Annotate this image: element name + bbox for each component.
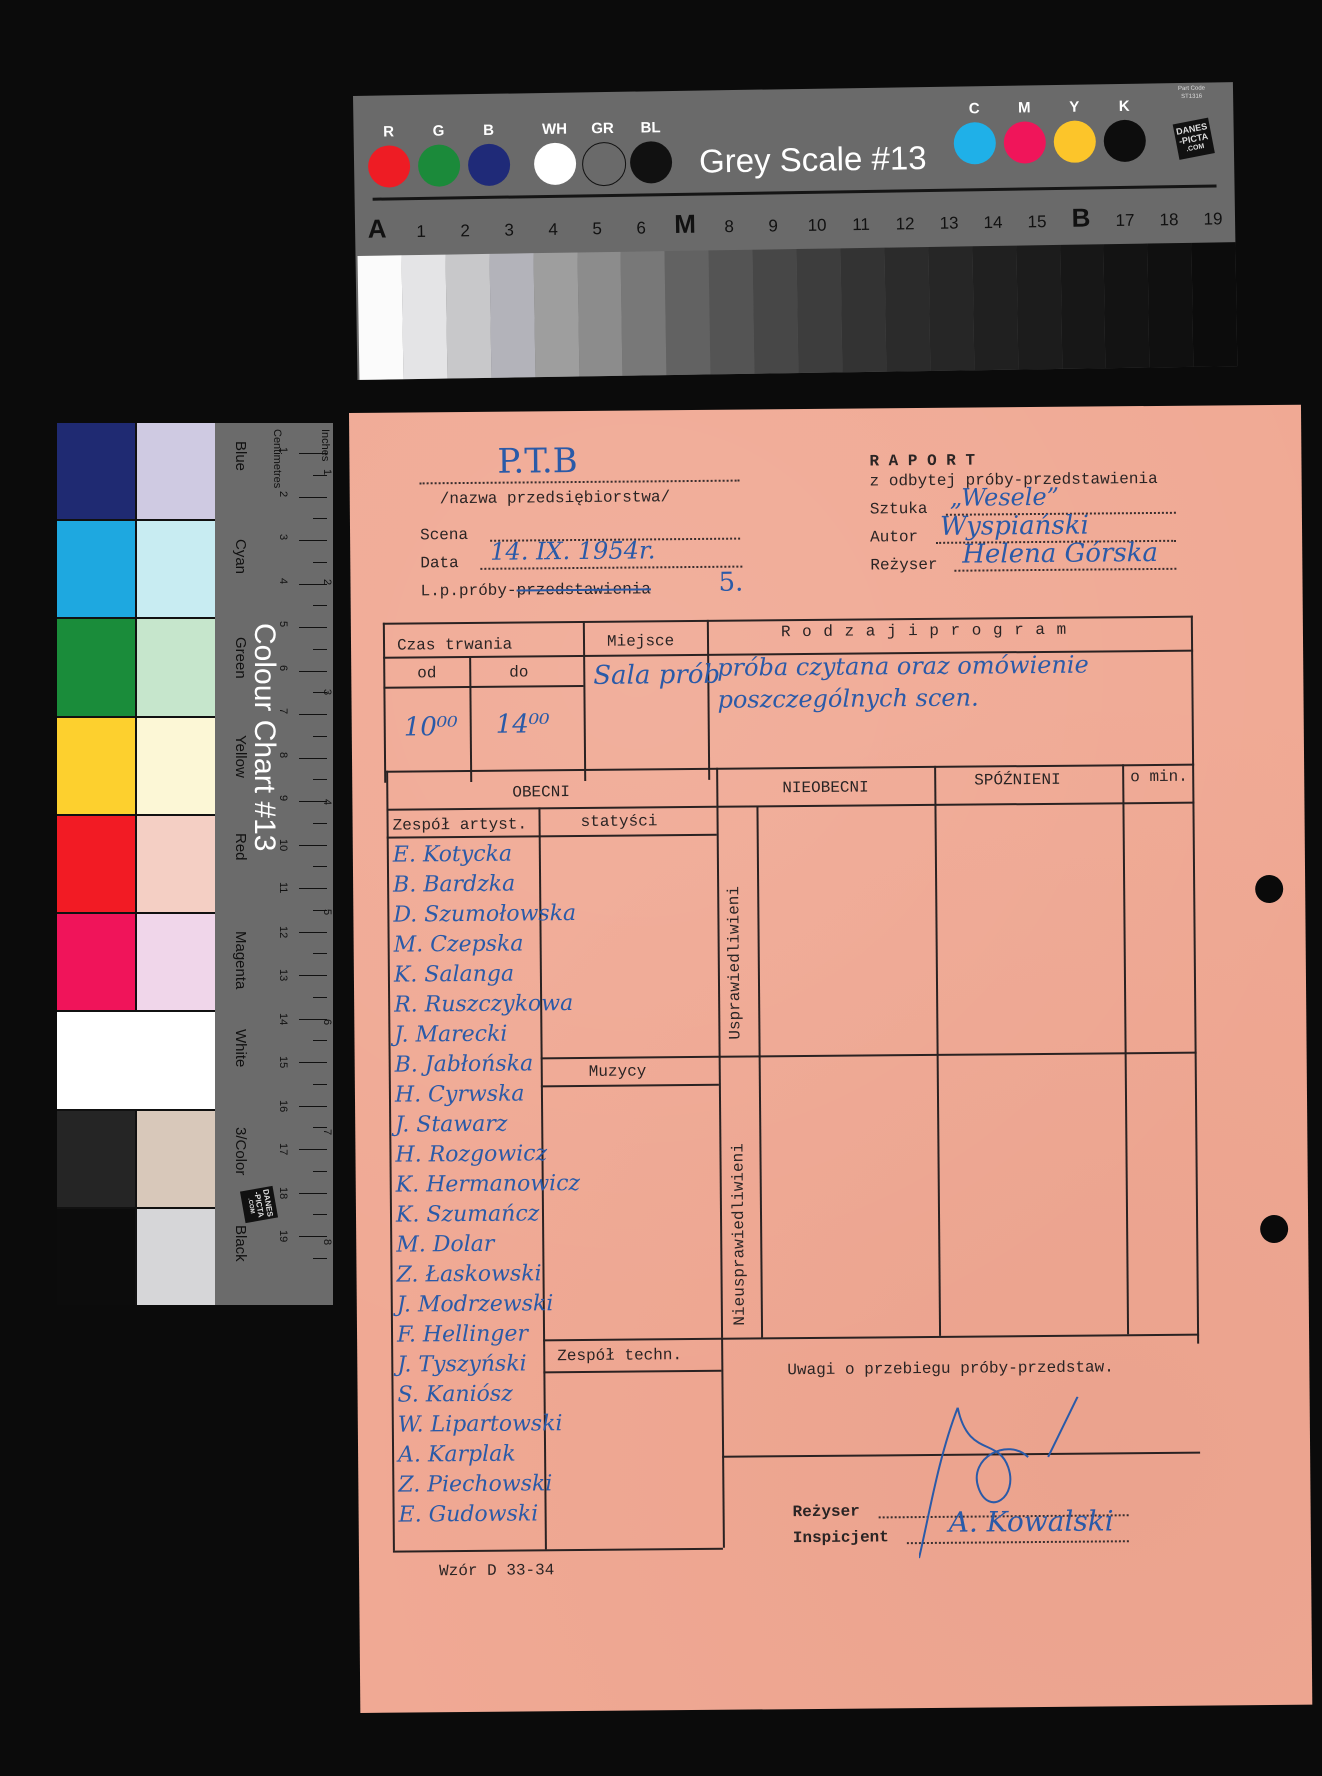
ruler-tick bbox=[313, 605, 327, 606]
rehearsal-no-label: L.p.próby-przedstawienia bbox=[420, 580, 651, 600]
rule bbox=[469, 656, 472, 782]
ruler-tick bbox=[299, 627, 327, 628]
swatch-black bbox=[57, 1209, 135, 1305]
swatch-light-magenta bbox=[137, 914, 215, 1010]
artist-name: M. Czepska bbox=[394, 931, 524, 957]
artist-name: E. Gudowski bbox=[399, 1501, 539, 1527]
step-label: 15 bbox=[1022, 212, 1052, 232]
cm-label: 8 bbox=[277, 752, 289, 758]
grey-steps bbox=[358, 242, 1238, 380]
grey-step bbox=[358, 255, 404, 380]
color-dot-label: BL bbox=[630, 119, 670, 137]
grey-step bbox=[445, 254, 491, 379]
grey-step bbox=[1016, 245, 1062, 370]
color-dot-b bbox=[468, 144, 511, 187]
artist-name: S. Kaniósz bbox=[397, 1382, 512, 1408]
artist-name: H. Cyrwska bbox=[395, 1081, 525, 1107]
rehearsal-report-form: P.T.B /nazwa przedsiębiorstwa/ Scena Dat… bbox=[349, 405, 1312, 1713]
patch-label: Magenta bbox=[219, 931, 249, 989]
author-value: Wyspiański bbox=[940, 511, 1089, 542]
play-label: Sztuka bbox=[870, 500, 928, 519]
inch-label: 8 bbox=[317, 1239, 333, 1245]
patch-label: Blue bbox=[219, 441, 249, 471]
ruler-tick bbox=[299, 671, 327, 672]
rule bbox=[1122, 764, 1129, 1334]
grey-step bbox=[928, 246, 974, 371]
stage-manager-label: Inspicjent bbox=[793, 1528, 889, 1547]
step-label: 11 bbox=[846, 215, 876, 235]
rule bbox=[707, 620, 710, 780]
step-label: 19 bbox=[1198, 209, 1228, 229]
grey-step bbox=[840, 248, 886, 373]
rule bbox=[541, 1056, 719, 1060]
step-label: 12 bbox=[890, 214, 920, 234]
cm-label: 11 bbox=[277, 882, 289, 893]
artist-name: J. Marecki bbox=[394, 1022, 507, 1048]
cm-label: 7 bbox=[277, 708, 289, 714]
ruler-tick bbox=[299, 1062, 327, 1063]
ruler-tick bbox=[313, 1171, 327, 1172]
cm-label: 18 bbox=[277, 1187, 289, 1199]
grey-step bbox=[1148, 243, 1194, 368]
grey-step bbox=[401, 255, 447, 380]
color-dot-bl bbox=[630, 141, 673, 184]
danes-picta-logo: DANES-PICTA.COM bbox=[1173, 118, 1215, 160]
cm-label: 19 bbox=[277, 1230, 289, 1242]
inch-label: 7 bbox=[317, 1129, 333, 1135]
grey-step bbox=[665, 250, 711, 375]
company-dots bbox=[420, 480, 740, 485]
swatch-light-red bbox=[137, 816, 215, 912]
step-label: 8 bbox=[714, 217, 744, 237]
ruler-tick bbox=[299, 1149, 327, 1150]
swatch-white bbox=[57, 1012, 215, 1108]
musicians-header: Muzycy bbox=[589, 1062, 647, 1081]
artist-name: M. Dolar bbox=[396, 1232, 494, 1258]
inch-label: 2 bbox=[317, 579, 333, 585]
patch-label: Cyan bbox=[219, 539, 249, 574]
ruler: Colour Chart #13 Centimetres Inches DANE… bbox=[215, 423, 333, 1305]
rule bbox=[756, 805, 763, 1337]
company-value: P.T.B bbox=[497, 441, 578, 482]
date-value: 14. IX. 1954r. bbox=[490, 536, 655, 565]
ruler-tick bbox=[299, 932, 327, 933]
program-header: R o d z a j i p r o g r a m bbox=[781, 621, 1067, 641]
color-dot-g bbox=[418, 144, 461, 187]
artist-name: Z. Łaskowski bbox=[396, 1261, 541, 1287]
duration-header: Czas trwania bbox=[397, 636, 512, 655]
author-label: Autor bbox=[870, 528, 918, 546]
color-dot-label: WH bbox=[534, 121, 574, 139]
swatch-light-cyan bbox=[137, 521, 215, 617]
color-dot-m bbox=[1003, 121, 1046, 164]
color-dot-label: R bbox=[368, 123, 408, 141]
swatch-light-black bbox=[137, 1209, 215, 1305]
rule bbox=[1191, 616, 1194, 766]
grey-scale-title: Grey Scale #13 bbox=[699, 139, 927, 181]
unexcused-label: Nieusprawiedliwieni bbox=[729, 1086, 749, 1326]
to-value: 14⁰⁰ bbox=[496, 709, 550, 739]
cm-label: 6 bbox=[277, 665, 289, 671]
inch-label: 5 bbox=[317, 909, 333, 915]
danes-picta-logo: DANES-PICTA.COM bbox=[240, 1186, 278, 1223]
cm-label: 12 bbox=[277, 926, 289, 938]
step-label: 14 bbox=[978, 213, 1008, 233]
cm-label: 13 bbox=[277, 969, 289, 981]
cm-label: 16 bbox=[277, 1100, 289, 1112]
ruler-tick bbox=[313, 1040, 327, 1041]
report-title: R A P O R T bbox=[869, 452, 975, 471]
company-caption: /nazwa przedsiębiorstwa/ bbox=[440, 488, 671, 508]
artist-name: J. Stawarz bbox=[395, 1112, 507, 1138]
patch-label: White bbox=[219, 1029, 249, 1067]
ruler-tick bbox=[299, 975, 327, 976]
patch-label: Green bbox=[219, 637, 249, 679]
swatch-yellow bbox=[57, 718, 135, 814]
swatch-light-blue bbox=[137, 423, 215, 519]
part-code-value: ST1316 bbox=[1178, 93, 1205, 101]
rule bbox=[543, 1370, 721, 1374]
rule bbox=[383, 685, 583, 689]
step-label: 10 bbox=[802, 215, 832, 235]
absent-header: NIEOBECNI bbox=[782, 778, 869, 797]
ruler-tick bbox=[313, 1084, 327, 1085]
form-number: Wzór D 33-34 bbox=[439, 1561, 554, 1580]
cm-label: 14 bbox=[277, 1013, 289, 1025]
ruler-tick bbox=[299, 540, 327, 541]
color-dots: RGBWHGRBLCMYK bbox=[353, 82, 1233, 96]
artist-name: H. Rozgowicz bbox=[395, 1141, 547, 1167]
grey-step bbox=[489, 253, 535, 378]
artists-header: Zespół artyst. bbox=[393, 815, 528, 834]
cm-label: 4 bbox=[277, 578, 289, 584]
program-value-line1: próba czytana oraz omówienie bbox=[717, 651, 1089, 682]
grey-step bbox=[753, 249, 799, 374]
scene-label: Scena bbox=[420, 526, 468, 544]
patch-label: Yellow bbox=[219, 735, 249, 778]
late-header: SPÓŹNIENI bbox=[974, 771, 1061, 790]
step-label: 6 bbox=[626, 218, 656, 238]
punch-hole bbox=[1255, 875, 1283, 903]
swatch-cyan bbox=[57, 521, 135, 617]
grey-step bbox=[1104, 244, 1150, 369]
grey-step bbox=[1060, 244, 1106, 369]
swatch-3-color bbox=[57, 1111, 135, 1207]
rule bbox=[721, 1338, 725, 1548]
rule bbox=[934, 766, 941, 1336]
cm-label: 1 bbox=[277, 447, 289, 453]
inch-label: 6 bbox=[317, 1019, 333, 1025]
rule bbox=[583, 621, 586, 781]
punch-hole bbox=[1260, 1215, 1288, 1243]
grey-step bbox=[577, 252, 623, 377]
artist-name: K. Szumańcz bbox=[396, 1201, 540, 1227]
swatch-blue bbox=[57, 423, 135, 519]
step-label: A bbox=[362, 213, 392, 244]
cm-label: 17 bbox=[277, 1143, 289, 1155]
color-dot-wh bbox=[534, 143, 577, 186]
rule bbox=[543, 1334, 1199, 1342]
date-dots bbox=[480, 566, 742, 570]
place-value: Sala prób bbox=[593, 660, 720, 691]
rule bbox=[541, 1084, 719, 1088]
ruler-tick bbox=[299, 758, 327, 759]
step-label: 17 bbox=[1110, 211, 1140, 231]
swatch-magenta bbox=[57, 914, 135, 1010]
inch-label: 1 bbox=[317, 469, 333, 475]
program-value-line2: poszczególnych scen. bbox=[717, 684, 978, 714]
artist-name: K. Hermanowicz bbox=[396, 1171, 581, 1198]
swatch-light-yellow bbox=[137, 718, 215, 814]
grey-step bbox=[884, 247, 930, 372]
ruler-tick bbox=[313, 953, 327, 954]
color-dot-label: B bbox=[468, 122, 508, 140]
artist-name: E. Kotycka bbox=[393, 842, 512, 868]
ruler-tick bbox=[313, 823, 327, 824]
artist-name: D. Szumołowska bbox=[393, 901, 576, 928]
step-label: 3 bbox=[494, 220, 524, 240]
director-value: Helena Górska bbox=[962, 538, 1158, 570]
ruler-tick bbox=[299, 1236, 327, 1237]
step-label: 9 bbox=[758, 216, 788, 236]
ruler-tick bbox=[313, 649, 327, 650]
rule bbox=[387, 834, 717, 839]
rehearsal-no-value: 5. bbox=[718, 568, 743, 598]
extras-header: statyści bbox=[580, 812, 657, 831]
ruler-tick bbox=[313, 518, 327, 519]
cm-label: 15 bbox=[277, 1056, 289, 1068]
ruler-tick bbox=[313, 1258, 327, 1259]
ruler-tick bbox=[313, 997, 327, 998]
inch-label: 3 bbox=[317, 689, 333, 695]
step-label: M bbox=[670, 209, 700, 240]
colour-chart-title: Colour Chart #13 bbox=[247, 623, 281, 851]
artist-name: Z. Piechowski bbox=[398, 1471, 552, 1497]
signature-scrawl bbox=[918, 1396, 1120, 1578]
color-dot-label: Y bbox=[1054, 98, 1094, 116]
artist-name: W. Lipartowski bbox=[398, 1411, 563, 1437]
ruler-tick bbox=[299, 888, 327, 889]
rule bbox=[386, 764, 1194, 773]
grey-step bbox=[709, 250, 755, 375]
ruler-tick bbox=[299, 497, 327, 498]
step-label: B bbox=[1066, 202, 1096, 233]
centimetres-label: Centimetres bbox=[271, 429, 283, 488]
grey-scale-card: Part Code ST1316 RGBWHGRBLCMYK Grey Scal… bbox=[353, 82, 1237, 380]
step-label: 18 bbox=[1154, 210, 1184, 230]
present-header: OBECNI bbox=[512, 783, 570, 802]
tech-header: Zespół techn. bbox=[557, 1346, 682, 1365]
color-dot-k bbox=[1103, 120, 1146, 163]
grey-step bbox=[533, 253, 579, 378]
color-dot-label: K bbox=[1104, 98, 1144, 116]
color-dot-c bbox=[953, 122, 996, 165]
artist-name: K. Salanga bbox=[394, 962, 514, 988]
step-label: 4 bbox=[538, 220, 568, 240]
to-header: do bbox=[509, 663, 528, 681]
cm-label: 9 bbox=[277, 795, 289, 801]
artist-name: B. Jabłońska bbox=[395, 1051, 534, 1077]
color-dot-y bbox=[1053, 120, 1096, 163]
ruler-tick bbox=[313, 562, 327, 563]
swatch-green bbox=[57, 619, 135, 715]
color-dot-r bbox=[368, 145, 411, 188]
cm-label: 3 bbox=[277, 534, 289, 540]
artist-name: R. Ruszczykowa bbox=[394, 991, 573, 1018]
ruler-tick bbox=[313, 866, 327, 867]
artists-list: E. KotyckaB. BardzkaD. SzumołowskaM. Cze… bbox=[393, 841, 573, 843]
color-dot-label: M bbox=[1004, 99, 1044, 117]
ruler-tick bbox=[313, 779, 327, 780]
colour-swatches bbox=[57, 423, 215, 1305]
color-dot-label: GR bbox=[582, 120, 622, 138]
color-dot-label: G bbox=[418, 122, 458, 140]
ruler-tick bbox=[313, 1214, 327, 1215]
artist-name: J. Modrzewski bbox=[397, 1291, 554, 1317]
from-value: 10⁰⁰ bbox=[404, 712, 458, 742]
ruler-tick bbox=[313, 736, 327, 737]
color-dot-label: C bbox=[954, 100, 994, 118]
artist-name: B. Bardzka bbox=[393, 872, 515, 898]
rule bbox=[383, 623, 386, 783]
rule bbox=[716, 768, 723, 1338]
step-label: 13 bbox=[934, 213, 964, 233]
ruler-tick bbox=[299, 714, 327, 715]
play-value: „Wesele” bbox=[950, 483, 1059, 512]
divider bbox=[373, 184, 1217, 200]
patch-label: Black bbox=[219, 1225, 249, 1262]
grey-step bbox=[972, 246, 1018, 371]
patch-label: 3/Color bbox=[219, 1127, 249, 1175]
place-header: Miejsce bbox=[607, 632, 674, 651]
ruler-tick bbox=[299, 845, 327, 846]
grey-step bbox=[797, 248, 843, 373]
ruler-tick bbox=[299, 1106, 327, 1107]
date-label: Data bbox=[420, 554, 459, 572]
step-label: 5 bbox=[582, 219, 612, 239]
swatch-red bbox=[57, 816, 135, 912]
excused-label: Usprawiedliwieni bbox=[725, 840, 745, 1040]
part-code: Part Code ST1316 bbox=[1178, 85, 1205, 101]
ruler-tick bbox=[299, 453, 327, 454]
director-label: Reżyser bbox=[870, 556, 937, 575]
ruler-tick bbox=[299, 1193, 327, 1194]
rule bbox=[393, 1548, 723, 1553]
rule bbox=[386, 806, 716, 811]
grey-step bbox=[621, 251, 667, 376]
artist-name: J. Tyszyński bbox=[397, 1351, 527, 1377]
step-label: 2 bbox=[450, 221, 480, 241]
remarks-header: Uwagi o przebiegu próby-przedstaw. bbox=[787, 1358, 1114, 1379]
minutes-header: o min. bbox=[1130, 768, 1188, 787]
director-sign-label: Reżyser bbox=[793, 1503, 860, 1522]
cm-label: 2 bbox=[277, 491, 289, 497]
colour-chart-card: Colour Chart #13 Centimetres Inches DANE… bbox=[57, 423, 333, 1305]
color-dot-gr bbox=[582, 142, 627, 187]
swatch-light-3-color bbox=[137, 1111, 215, 1207]
artist-name: A. Karplak bbox=[398, 1442, 516, 1468]
inch-label: 4 bbox=[317, 799, 333, 805]
swatch-light-green bbox=[137, 619, 215, 715]
artist-name: F. Hellinger bbox=[397, 1321, 528, 1347]
cm-label: 10 bbox=[277, 839, 289, 851]
grey-step bbox=[1192, 242, 1238, 367]
step-label: 1 bbox=[406, 222, 436, 242]
inches-label: Inches bbox=[319, 429, 331, 461]
cm-label: 5 bbox=[277, 621, 289, 627]
step-labels: A123456M89101112131415B171819 bbox=[353, 82, 1233, 96]
patch-label: Red bbox=[219, 833, 249, 861]
from-header: od bbox=[417, 664, 436, 682]
